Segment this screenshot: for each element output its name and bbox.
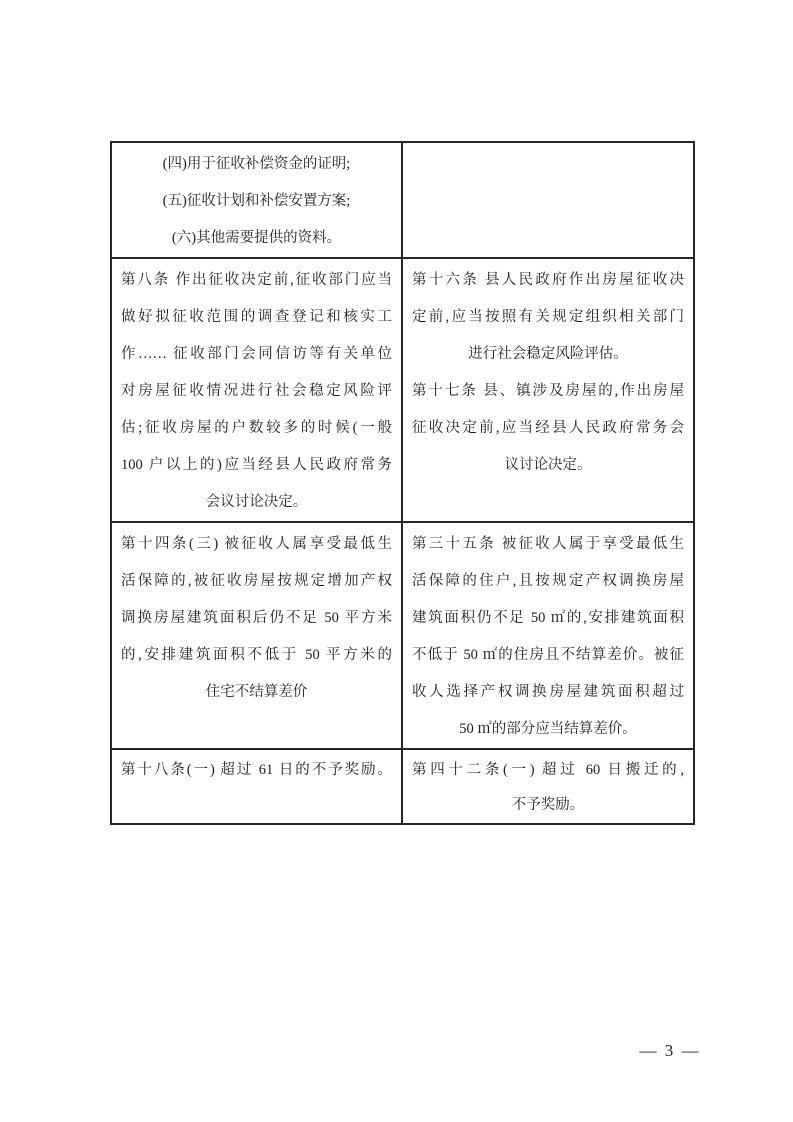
text-line: 50 ㎡的部分应当结算差价。 bbox=[412, 711, 684, 748]
text-line: 第四十二条(一) 超过 60 日搬迁的, bbox=[412, 753, 684, 788]
text-line: (六)其他需要提供的资料。 bbox=[121, 220, 392, 257]
text-line: 议讨论决定。 bbox=[412, 447, 684, 484]
table-cell-right-empty bbox=[402, 142, 694, 258]
document-page: (四)用于征收补偿资金的证明; (五)征收计划和补偿安置方案; (六)其他需要提… bbox=[0, 0, 793, 1122]
text-line: 活保障的,被征收房屋按规定增加产权 bbox=[121, 563, 392, 600]
text-line: 不予奖励。 bbox=[412, 788, 684, 823]
table-row: (四)用于征收补偿资金的证明; (五)征收计划和补偿安置方案; (六)其他需要提… bbox=[111, 142, 694, 258]
text-line: 作…… 征收部门会同信访等有关单位 bbox=[121, 336, 392, 373]
text-line: 建筑面积仍不足 50 ㎡的,安排建筑面积 bbox=[412, 600, 684, 637]
text-line: 调换房屋建筑面积后仍不足 50 平方米 bbox=[121, 600, 392, 637]
text-line: 第十八条(一) 超过 61 日的不予奖励。 bbox=[121, 753, 392, 788]
text-line: 收人选择产权调换房屋建筑面积超过 bbox=[412, 674, 684, 711]
text-line: 活保障的住户,且按规定产权调换房屋 bbox=[412, 563, 684, 600]
text-line: (四)用于征收补偿资金的证明; bbox=[121, 146, 392, 183]
text-line: 第十四条(三) 被征收人属享受最低生 bbox=[121, 526, 392, 563]
text-line: 第十七条 县、镇涉及房屋的,作出房屋 bbox=[412, 373, 684, 410]
text-line: 会议讨论决定。 bbox=[121, 484, 392, 521]
text-line: 做好拟征收范围的调查登记和核实工 bbox=[121, 299, 392, 336]
text-line: 估;征收房屋的户数较多的时候(一般 bbox=[121, 410, 392, 447]
table-row: 第十八条(一) 超过 61 日的不予奖励。 第四十二条(一) 超过 60 日搬迁… bbox=[111, 749, 694, 824]
text-line: 定前,应当按照有关规定组织相关部门 bbox=[412, 299, 684, 336]
text-line: 第三十五条 被征收人属于享受最低生 bbox=[412, 526, 684, 563]
table-cell-right: 第三十五条 被征收人属于享受最低生 活保障的住户,且按规定产权调换房屋 建筑面积… bbox=[402, 522, 694, 749]
table-row: 第十四条(三) 被征收人属享受最低生 活保障的,被征收房屋按规定增加产权 调换房… bbox=[111, 522, 694, 749]
text-line: (五)征收计划和补偿安置方案; bbox=[121, 183, 392, 220]
text-line: 对房屋征收情况进行社会稳定风险评 bbox=[121, 373, 392, 410]
text-line: 住宅不结算差价 bbox=[121, 674, 392, 711]
table-cell-left: 第八条 作出征收决定前,征收部门应当 做好拟征收范围的调查登记和核实工 作…… … bbox=[111, 258, 402, 522]
table-cell-left: 第十四条(三) 被征收人属享受最低生 活保障的,被征收房屋按规定增加产权 调换房… bbox=[111, 522, 402, 749]
table-cell-left: 第十八条(一) 超过 61 日的不予奖励。 bbox=[111, 749, 402, 824]
table-cell-left: (四)用于征收补偿资金的证明; (五)征收计划和补偿安置方案; (六)其他需要提… bbox=[111, 142, 402, 258]
table-cell-right: 第十六条 县人民政府作出房屋征收决 定前,应当按照有关规定组织相关部门 进行社会… bbox=[402, 258, 694, 522]
text-line: 征收决定前,应当经县人民政府常务会 bbox=[412, 410, 684, 447]
comparison-table: (四)用于征收补偿资金的证明; (五)征收计划和补偿安置方案; (六)其他需要提… bbox=[110, 141, 695, 825]
text-line: 的,安排建筑面积不低于 50 平方米的 bbox=[121, 637, 392, 674]
table-row: 第八条 作出征收决定前,征收部门应当 做好拟征收范围的调查登记和核实工 作…… … bbox=[111, 258, 694, 522]
text-line: 进行社会稳定风险评估。 bbox=[412, 336, 684, 373]
text-line: 不低于 50 ㎡的住房且不结算差价。被征 bbox=[412, 637, 684, 674]
text-line: 第十六条 县人民政府作出房屋征收决 bbox=[412, 262, 684, 299]
text-line: 第八条 作出征收决定前,征收部门应当 bbox=[121, 262, 392, 299]
table-cell-right: 第四十二条(一) 超过 60 日搬迁的, 不予奖励。 bbox=[402, 749, 694, 824]
page-number: — 3 — bbox=[628, 1041, 712, 1061]
text-line: 100 户以上的)应当经县人民政府常务 bbox=[121, 447, 392, 484]
